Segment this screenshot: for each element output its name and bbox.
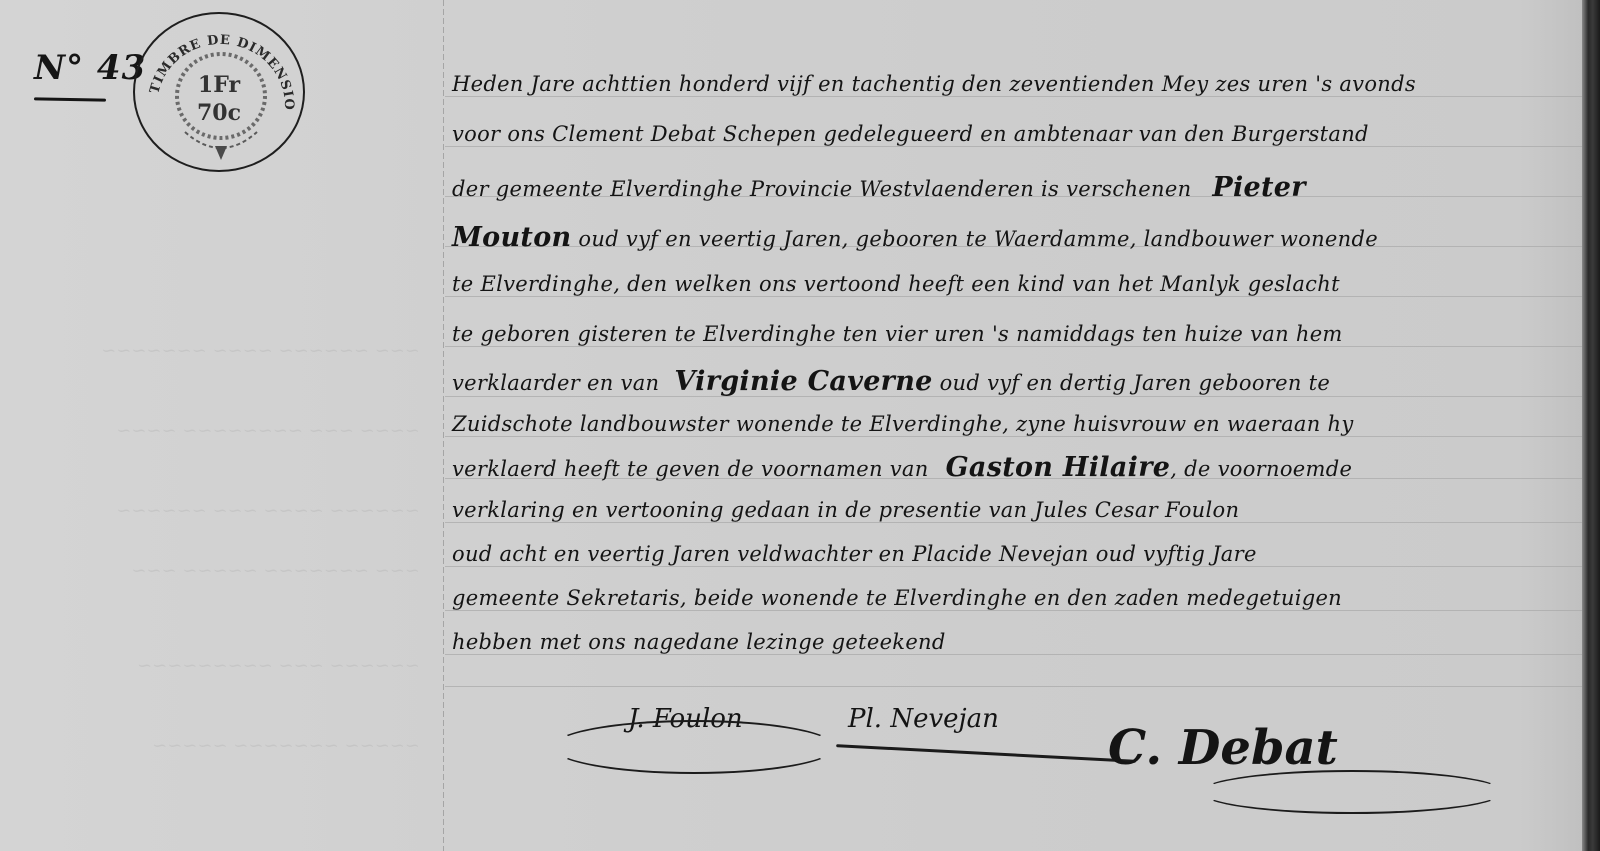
mother-age: oud vyf en dertig Jaren gebooren te xyxy=(940,371,1331,395)
record-line-9-text: verklaerd heeft te geven de voornamen va… xyxy=(452,457,929,481)
signature-flourish xyxy=(1200,770,1504,814)
record-line-3: der gemeente Elverdinghe Provincie Westv… xyxy=(452,172,1306,203)
act-number-underline xyxy=(34,97,106,101)
act-number: N° 43 xyxy=(34,48,146,88)
stamp-value-centimes: 70c xyxy=(135,100,303,126)
ruled-line xyxy=(445,96,1582,97)
signature-nevejan: Pl. Nevejan xyxy=(848,704,999,734)
ruled-line xyxy=(445,522,1582,523)
signature-flourish xyxy=(552,720,836,774)
bleed-through-text: ~~~ ~~~~~~~ ~~~~~ ~~~ xyxy=(60,560,420,570)
mother-name: Virginie Caverne xyxy=(674,366,932,397)
bleed-through-text: ~~~~ ~~~ ~~~~~~~~ ~~~~ xyxy=(60,420,420,430)
record-line-7-text: verklaarder en van xyxy=(452,371,659,395)
record-line-9: verklaerd heeft te geven de voornamen va… xyxy=(452,452,1352,483)
record-line-10: verklaring en vertooning gedaan in de pr… xyxy=(452,498,1239,522)
margin-line xyxy=(443,0,444,851)
ruled-line xyxy=(445,436,1582,437)
ruled-line xyxy=(445,296,1582,297)
bleed-through-text: ~~~~~~ ~~~~ ~~~ ~~~~~~ xyxy=(60,500,420,510)
father-birthplace-occupation: gebooren te Waerdamme, landbouwer wonend… xyxy=(856,227,1378,251)
record-line-11: oud acht en veertig Jaren veldwachter en… xyxy=(452,542,1257,566)
bleed-through-text: ~~~ ~~~~~~ ~~~~ ~~~~~~~ xyxy=(60,340,420,350)
record-line-3-text: der gemeente Elverdinghe Provincie Westv… xyxy=(452,177,1191,201)
father-surname: Mouton xyxy=(452,222,571,253)
ruled-line xyxy=(445,566,1582,567)
bleed-through-text: ~~~~~ ~~~~~~~ ~~~~~ xyxy=(60,735,420,745)
record-line-1: Heden Jare achttien honderd vijf en tach… xyxy=(452,72,1416,96)
bleed-through-text: ~~~~~~ ~~~ ~~~~~~~~~ xyxy=(60,655,420,665)
record-line-6: te geboren gisteren te Elverdinghe ten v… xyxy=(452,322,1343,346)
stamp-value-francs: 1Fr xyxy=(135,72,303,98)
record-line-8: Zuidschote landbouwster wonende te Elver… xyxy=(452,412,1354,436)
father-age: oud vyf en veertig Jaren, xyxy=(578,227,848,251)
record-line-7: verklaarder en van Virginie Caverne oud … xyxy=(452,366,1330,397)
record-line-4: Mouton oud vyf en veertig Jaren, geboore… xyxy=(452,222,1378,253)
record-line-12: gemeente Sekretaris, beide wonende te El… xyxy=(452,586,1342,610)
ruled-line xyxy=(445,146,1582,147)
signature-underline xyxy=(836,744,1136,763)
ruled-line xyxy=(445,686,1582,687)
book-binding-edge xyxy=(1582,0,1600,851)
child-suffix: , de voornoemde xyxy=(1170,457,1352,481)
ruled-line xyxy=(445,610,1582,611)
record-line-2: voor ons Clement Debat Schepen gedelegue… xyxy=(452,122,1369,146)
ruled-line xyxy=(445,346,1582,347)
scanned-register-page: ~~~ ~~~~~~ ~~~~ ~~~~~~~ ~~~~ ~~~ ~~~~~~~… xyxy=(0,0,1600,851)
tax-stamp: TIMBRE DE DIMENSION 1Fr 70c xyxy=(133,12,305,172)
record-line-13: hebben met ons nagedane lezinge geteeken… xyxy=(452,630,946,654)
record-line-5: te Elverdinghe, den welken ons vertoond … xyxy=(452,272,1340,296)
father-first-name: Pieter xyxy=(1212,172,1305,203)
signature-debat: C. Debat xyxy=(1108,720,1338,776)
ruled-line xyxy=(445,654,1582,655)
child-name: Gaston Hilaire xyxy=(946,452,1171,483)
